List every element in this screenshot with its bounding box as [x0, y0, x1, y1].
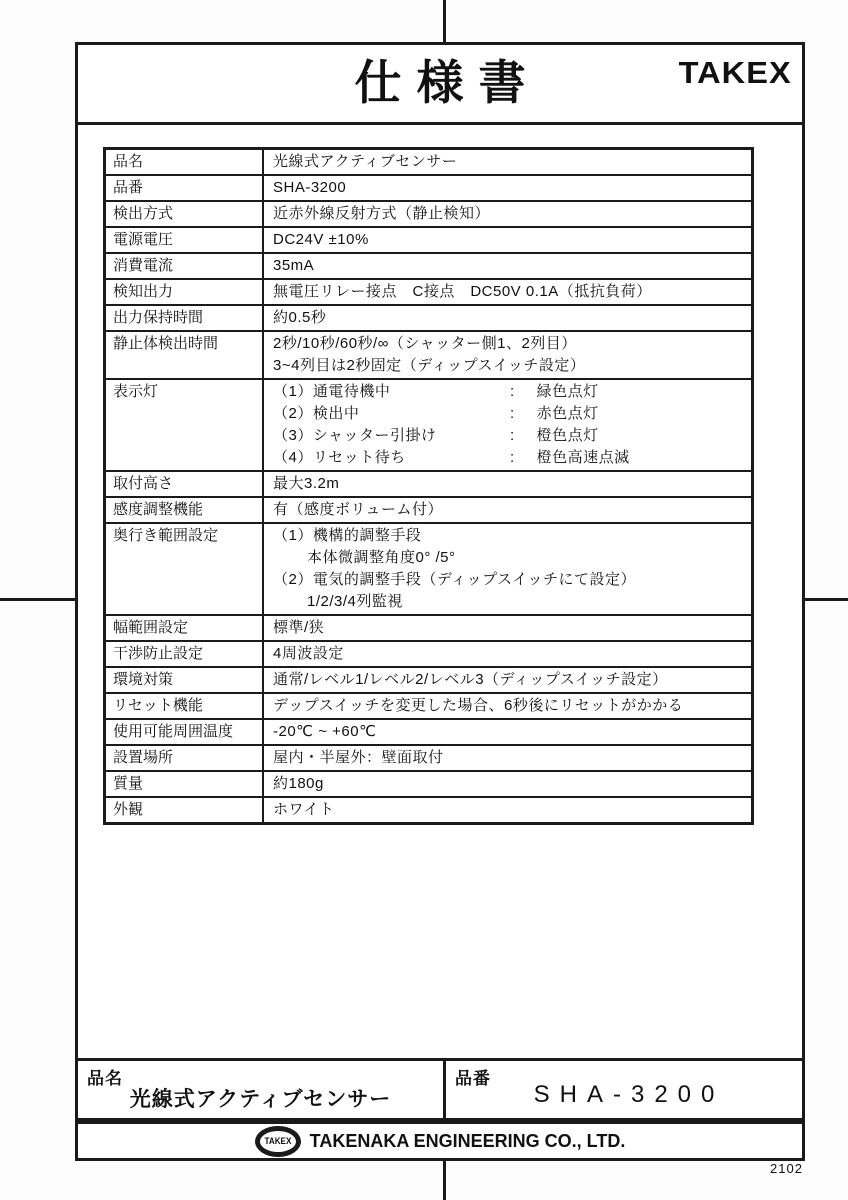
indicator-status: 赤色点灯 [537, 403, 599, 425]
spec-row-value: 約180g [264, 772, 751, 796]
spec-row: 干渉防止設定4周波設定 [104, 640, 753, 668]
spec-row-label: 干渉防止設定 [106, 642, 264, 666]
spec-row: 表示灯（1）通電待機中:緑色点灯（2）検出中:赤色点灯（3）シャッター引掛け:橙… [104, 378, 753, 472]
spec-row-label: 取付高さ [106, 472, 264, 496]
spec-row: 環境対策通常/レベル1/レベル2/レベル3（ディップスイッチ設定） [104, 666, 753, 694]
spec-row-value: ホワイト [264, 798, 751, 822]
spec-value-line: （1）通電待機中:緑色点灯 [273, 381, 747, 403]
spec-row-label: 奥行き範囲設定 [106, 524, 264, 614]
spec-row-value: （1）機構的調整手段本体微調整角度0° /5°（2）電気的調整手段（ディップスイ… [264, 524, 751, 614]
indicator-colon: : [510, 383, 515, 400]
indicator-colon: : [510, 449, 515, 466]
spec-value-line: 無電圧リレー接点 C接点 DC50V 0.1A（抵抗負荷） [273, 281, 747, 303]
spec-value-line: デップスイッチを変更した場合、6秒後にリセットがかかる [273, 695, 747, 717]
spec-row: 感度調整機能有（感度ボリューム付） [104, 496, 753, 524]
spec-value-line: 有（感度ボリューム付） [273, 499, 747, 521]
spec-value-line: 本体微調整角度0° /5° [273, 547, 747, 569]
spec-row-label: 品名 [106, 150, 264, 174]
spec-row-label: 表示灯 [106, 380, 264, 470]
indicator-condition: （1）通電待機中 [273, 381, 510, 403]
spec-value-line: 1/2/3/4列監視 [273, 591, 747, 613]
spec-row-value: 無電圧リレー接点 C接点 DC50V 0.1A（抵抗負荷） [264, 280, 751, 304]
takex-logo-text: TAKEX [264, 1136, 291, 1146]
spec-row: 検出方式近赤外線反射方式（静止検知） [104, 200, 753, 228]
spec-value-line: （2）電気的調整手段（ディップスイッチにて設定） [273, 569, 747, 591]
spec-row: 電源電圧DC24V ±10% [104, 226, 753, 254]
takex-logo-icon: TAKEX [255, 1126, 301, 1157]
indicator-condition: （2）検出中 [273, 403, 510, 425]
spec-row: リセット機能デップスイッチを変更した場合、6秒後にリセットがかかる [104, 692, 753, 720]
spec-row: 出力保持時間約0.5秒 [104, 304, 753, 332]
spec-value-line: 標準/狭 [273, 617, 747, 639]
spec-row-value: デップスイッチを変更した場合、6秒後にリセットがかかる [264, 694, 751, 718]
spec-value-line: 屋内・半屋外：壁面取付 [273, 747, 747, 769]
spec-row: 使用可能周囲温度-20℃ ~ +60℃ [104, 718, 753, 746]
spec-value-line: 通常/レベル1/レベル2/レベル3（ディップスイッチ設定） [273, 669, 747, 691]
crop-mark-right [802, 598, 848, 601]
spec-row: 品名光線式アクティブセンサー [104, 148, 753, 176]
spec-row-value: 約0.5秒 [264, 306, 751, 330]
spec-row-value: 有（感度ボリューム付） [264, 498, 751, 522]
spec-row: 消費電流35mA [104, 252, 753, 280]
spec-table: 品名光線式アクティブセンサー品番SHA-3200検出方式近赤外線反射方式（静止検… [103, 147, 754, 825]
takex-wordmark: TAKEX [679, 55, 792, 91]
document-page: 仕様書 TAKEX 品名光線式アクティブセンサー品番SHA-3200検出方式近赤… [0, 0, 848, 1200]
spec-value-line: 近赤外線反射方式（静止検知） [273, 203, 747, 225]
indicator-status: 緑色点灯 [537, 381, 599, 403]
indicator-condition: （3）シャッター引掛け [273, 425, 510, 447]
spec-row-label: 幅範囲設定 [106, 616, 264, 640]
spec-value-line: 最大3.2m [273, 473, 747, 495]
spec-row: 取付高さ最大3.2m [104, 470, 753, 498]
spec-row-value: 屋内・半屋外：壁面取付 [264, 746, 751, 770]
indicator-status: 橙色高速点滅 [537, 447, 630, 469]
spec-row-value: 光線式アクティブセンサー [264, 150, 751, 174]
spec-row-value: 35mA [264, 254, 751, 278]
spec-row-value: SHA-3200 [264, 176, 751, 200]
spec-row-label: リセット機能 [106, 694, 264, 718]
indicator-status: 橙色点灯 [537, 425, 599, 447]
spec-value-line: 4周波設定 [273, 643, 747, 665]
spec-value-line: 3~4列目は2秒固定（ディップスイッチ設定） [273, 355, 747, 377]
spec-row-label: 感度調整機能 [106, 498, 264, 522]
spec-row-label: 消費電流 [106, 254, 264, 278]
spec-row: 幅範囲設定標準/狭 [104, 614, 753, 642]
spec-value-line: （2）検出中:赤色点灯 [273, 403, 747, 425]
spec-row-label: 設置場所 [106, 746, 264, 770]
crop-mark-bottom [443, 1155, 446, 1200]
indicator-condition: （4）リセット待ち [273, 447, 510, 469]
spec-row-value: 2秒/10秒/60秒/∞（シャッター側1、2列目）3~4列目は2秒固定（ディップ… [264, 332, 751, 378]
crop-mark-top [443, 0, 446, 44]
spec-row-label: 外観 [106, 798, 264, 822]
spec-row-label: 質量 [106, 772, 264, 796]
product-number-value: SHA-3200 [446, 1081, 802, 1109]
spec-value-line: 35mA [273, 255, 747, 277]
spec-row-label: 電源電圧 [106, 228, 264, 252]
spec-row-label: 静止体検出時間 [106, 332, 264, 378]
spec-row: 静止体検出時間2秒/10秒/60秒/∞（シャッター側1、2列目）3~4列目は2秒… [104, 330, 753, 380]
spec-row-label: 品番 [106, 176, 264, 200]
spec-row-label: 出力保持時間 [106, 306, 264, 330]
spec-row: 質量約180g [104, 770, 753, 798]
spec-row-value: DC24V ±10% [264, 228, 751, 252]
indicator-colon: : [510, 427, 515, 444]
spec-row: 奥行き範囲設定（1）機構的調整手段本体微調整角度0° /5°（2）電気的調整手段… [104, 522, 753, 616]
spec-value-line: SHA-3200 [273, 177, 747, 199]
sheet-header: 仕様書 TAKEX [78, 45, 802, 125]
spec-row-value: 近赤外線反射方式（静止検知） [264, 202, 751, 226]
spec-row: 品番SHA-3200 [104, 174, 753, 202]
product-name-value: 光線式アクティブセンサー [78, 1083, 443, 1113]
spec-row-label: 検知出力 [106, 280, 264, 304]
product-name-cell: 品名 光線式アクティブセンサー [78, 1061, 446, 1118]
spec-row-value: （1）通電待機中:緑色点灯（2）検出中:赤色点灯（3）シャッター引掛け:橙色点灯… [264, 380, 751, 470]
spec-value-line: -20℃ ~ +60℃ [273, 721, 747, 743]
crop-mark-left [0, 598, 76, 601]
spec-row-label: 環境対策 [106, 668, 264, 692]
spec-row-label: 使用可能周囲温度 [106, 720, 264, 744]
spec-value-line: 2秒/10秒/60秒/∞（シャッター側1、2列目） [273, 333, 747, 355]
spec-value-line: ホワイト [273, 799, 747, 821]
spec-row-value: 最大3.2m [264, 472, 751, 496]
spec-row-value: 4周波設定 [264, 642, 751, 666]
spec-row-value: 通常/レベル1/レベル2/レベル3（ディップスイッチ設定） [264, 668, 751, 692]
spec-row-label: 検出方式 [106, 202, 264, 226]
spec-row: 外観ホワイト [104, 796, 753, 824]
spec-sheet: 仕様書 TAKEX 品名光線式アクティブセンサー品番SHA-3200検出方式近赤… [75, 42, 805, 1155]
spec-value-line: 光線式アクティブセンサー [273, 151, 747, 173]
spec-value-line: 約180g [273, 773, 747, 795]
spec-row-value: 標準/狭 [264, 616, 751, 640]
company-name: TAKENAKA ENGINEERING CO., LTD. [310, 1131, 626, 1152]
spec-value-line: （1）機構的調整手段 [273, 525, 747, 547]
page-number: 2102 [770, 1161, 803, 1176]
spec-row: 設置場所屋内・半屋外：壁面取付 [104, 744, 753, 772]
product-id-block: 品名 光線式アクティブセンサー 品番 SHA-3200 [75, 1058, 805, 1121]
company-footer: TAKEX TAKENAKA ENGINEERING CO., LTD. [75, 1121, 805, 1161]
product-number-cell: 品番 SHA-3200 [446, 1061, 802, 1118]
spec-value-line: 約0.5秒 [273, 307, 747, 329]
spec-row: 検知出力無電圧リレー接点 C接点 DC50V 0.1A（抵抗負荷） [104, 278, 753, 306]
spec-value-line: DC24V ±10% [273, 229, 747, 251]
spec-value-line: （4）リセット待ち:橙色高速点滅 [273, 447, 747, 469]
spec-row-value: -20℃ ~ +60℃ [264, 720, 751, 744]
indicator-colon: : [510, 405, 515, 422]
spec-value-line: （3）シャッター引掛け:橙色点灯 [273, 425, 747, 447]
